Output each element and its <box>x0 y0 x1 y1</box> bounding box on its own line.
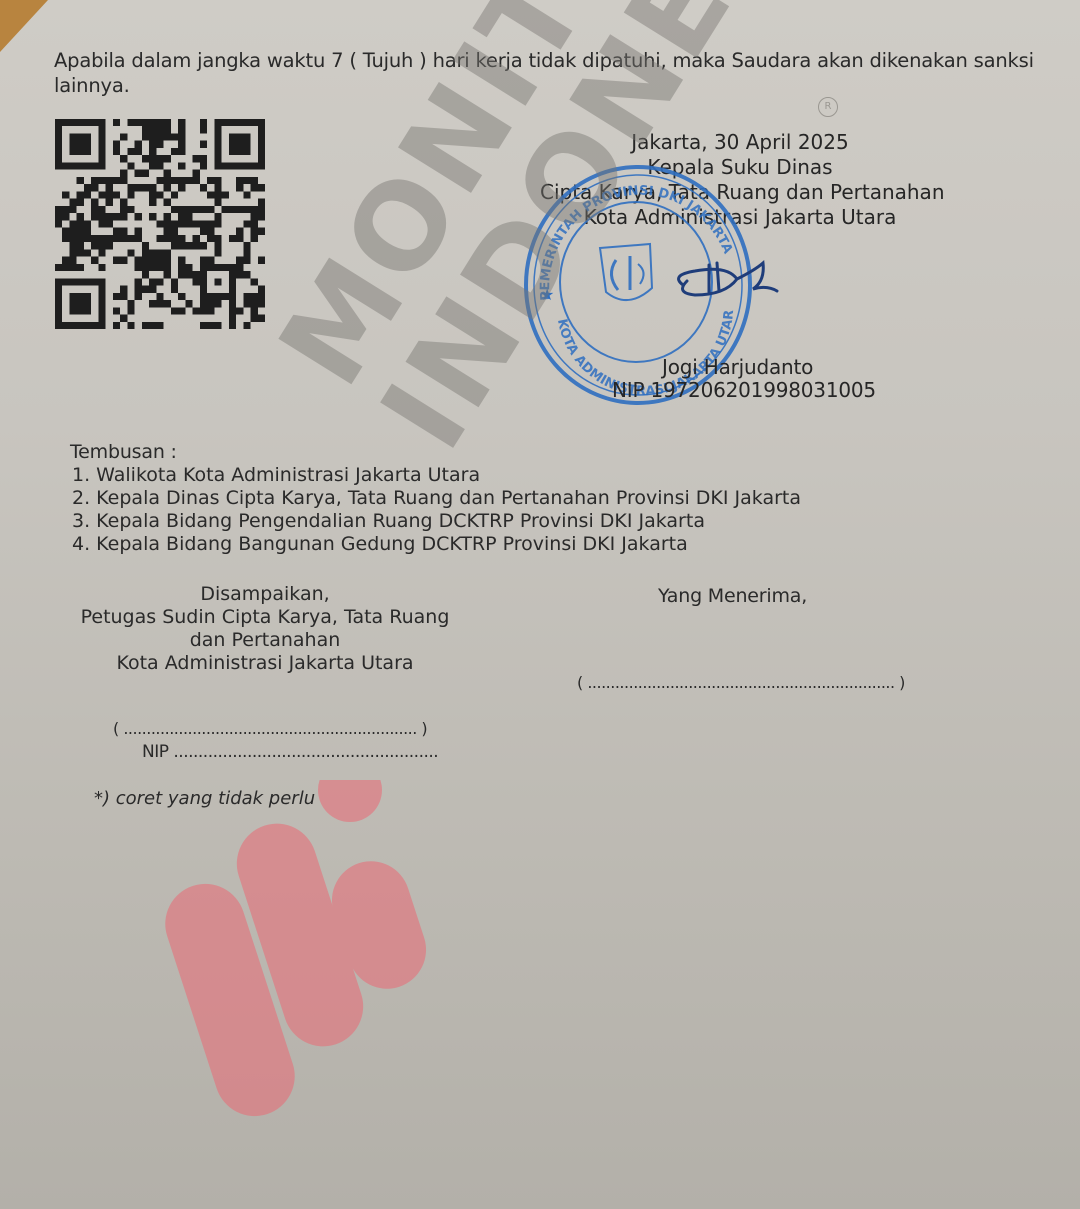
jakarta-emblem-icon <box>600 244 652 300</box>
sender-signature-line: ( ......................................… <box>113 719 427 738</box>
star-icon: ★ <box>540 285 554 304</box>
handwritten-signature <box>665 245 785 315</box>
sender-line: dan Pertanahan <box>60 629 470 652</box>
document-page: Apabila dalam jangka waktu 7 ( Tujuh ) h… <box>0 0 1080 1209</box>
carbon-copy-item: 3. Kepala Bidang Pengendalian Ruang DCKT… <box>72 510 801 533</box>
watermark-logo-icon <box>150 780 430 1120</box>
sender-line: Disampaikan, <box>60 583 470 606</box>
carbon-copy-title: Tembusan : <box>70 440 177 465</box>
place-date: Jakarta, 30 April 2025 <box>540 130 940 155</box>
carbon-copy-list: 1. Walikota Kota Administrasi Jakarta Ut… <box>72 464 801 556</box>
signatory-name: Jogi Harjudanto <box>662 355 813 380</box>
sender-line: Petugas Sudin Cipta Karya, Tata Ruang <box>60 606 470 629</box>
sender-nip-line: NIP ....................................… <box>142 742 438 762</box>
registered-mark-icon: R <box>818 97 838 117</box>
receiver-label: Yang Menerima, <box>658 584 807 609</box>
signatory-nip: NIP 197206201998031005 <box>612 378 876 403</box>
carbon-copy-item: 1. Walikota Kota Administrasi Jakarta Ut… <box>72 464 801 487</box>
sender-line: Kota Administrasi Jakarta Utara <box>60 652 470 675</box>
carbon-copy-item: 4. Kepala Bidang Bangunan Gedung DCKTRP … <box>72 533 801 556</box>
footnote: *) coret yang tidak perlu <box>94 788 315 809</box>
table-corner-background <box>0 0 48 52</box>
notice-paragraph: Apabila dalam jangka waktu 7 ( Tujuh ) h… <box>54 48 1044 98</box>
sender-block: Disampaikan, Petugas Sudin Cipta Karya, … <box>60 583 470 675</box>
carbon-copy-item: 2. Kepala Dinas Cipta Karya, Tata Ruang … <box>72 487 801 510</box>
qr-code <box>55 118 265 330</box>
receiver-signature-line: ( ......................................… <box>577 673 905 692</box>
